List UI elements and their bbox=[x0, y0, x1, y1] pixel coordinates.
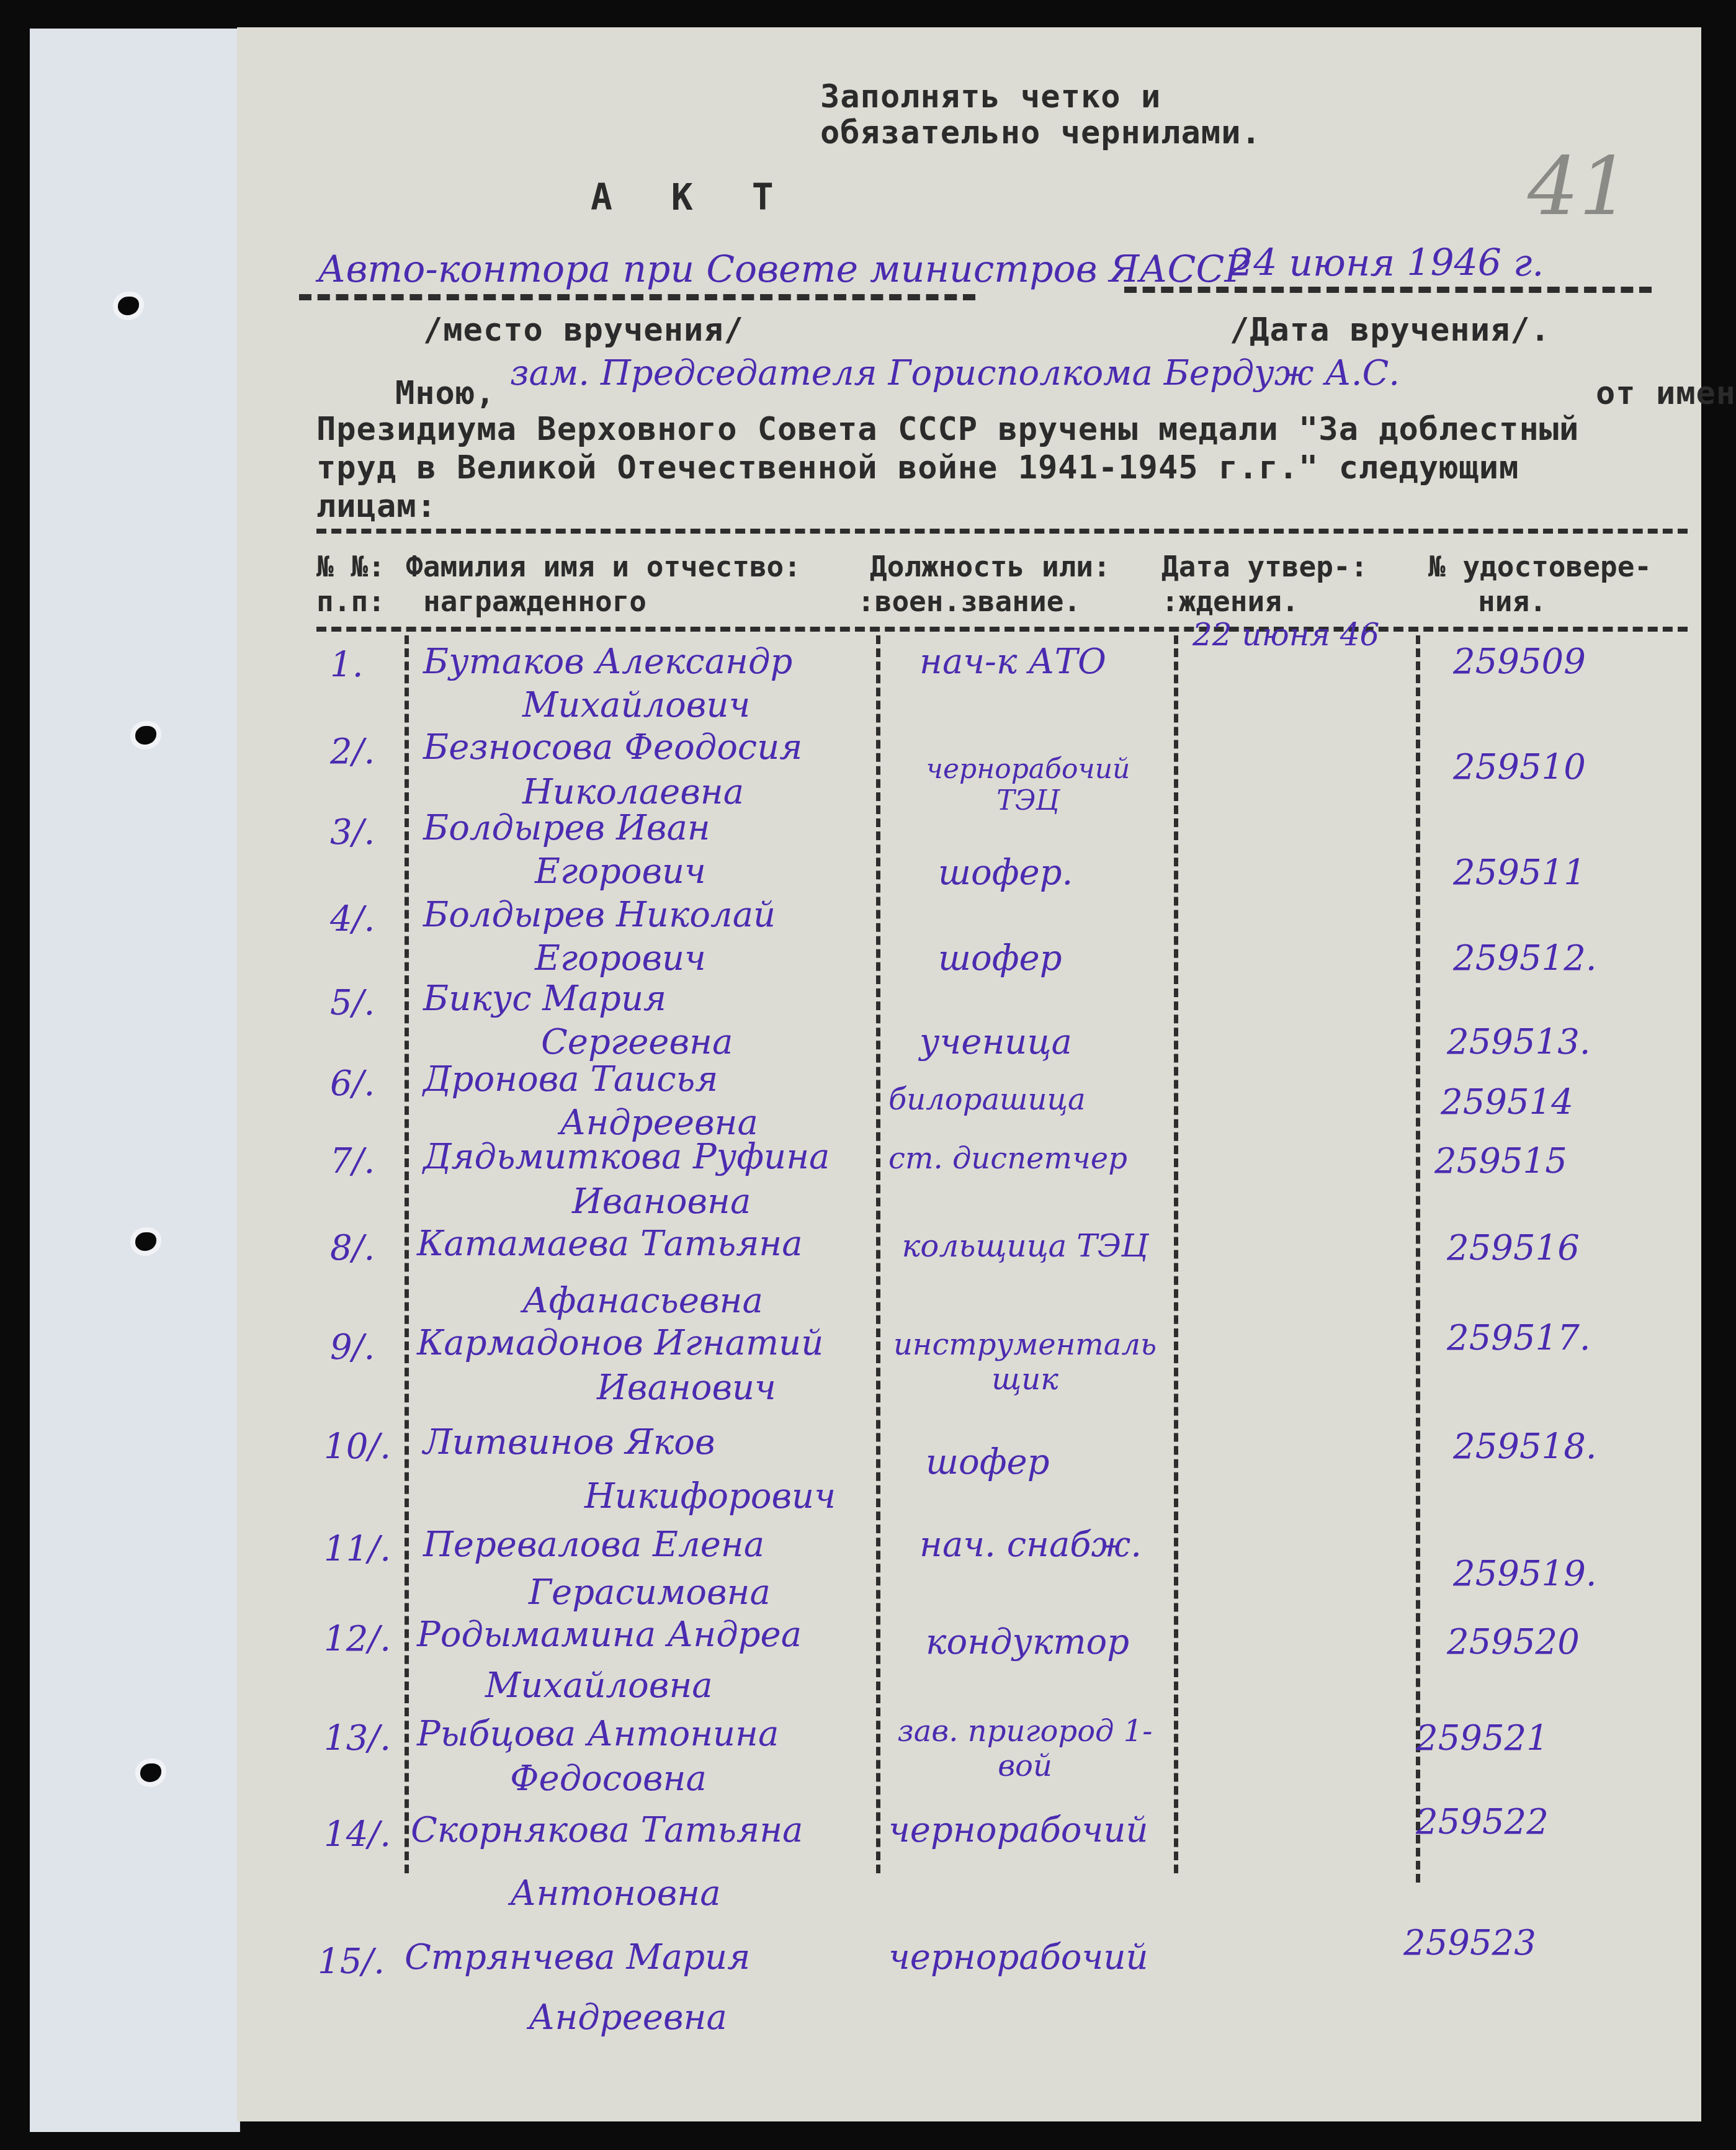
punch-hole bbox=[140, 1763, 161, 1782]
awardee-patronymic: Афанасьевна bbox=[522, 1281, 763, 1321]
awardee-surname-name: Дядьмиткова Руфина bbox=[423, 1137, 830, 1177]
column-separator bbox=[405, 635, 409, 1873]
awardee-surname-name: Болдырев Иван bbox=[423, 808, 710, 848]
awardee-surname-name: Безносова Феодосия bbox=[423, 727, 802, 768]
awardee-patronymic: Иванович bbox=[597, 1368, 776, 1408]
row-number: 10/. bbox=[324, 1427, 391, 1467]
awardee-patronymic: Герасимовна bbox=[529, 1572, 771, 1613]
approval-date: 22 июня 46 bbox=[1192, 617, 1379, 653]
header-name-2: награжденного bbox=[423, 585, 647, 618]
presenter-name: зам. Председателя Горисполкома Бердуж А.… bbox=[510, 353, 1400, 393]
certificate-number: 259515 bbox=[1434, 1141, 1567, 1181]
row-number: 2/. bbox=[330, 732, 375, 772]
column-separator bbox=[876, 635, 880, 1873]
awardee-patronymic: Николаевна bbox=[522, 772, 744, 812]
certificate-number: 259510 bbox=[1453, 747, 1586, 787]
certificate-number: 259513. bbox=[1447, 1022, 1591, 1062]
punch-hole bbox=[135, 726, 156, 745]
awardee-surname-name: Кармадонов Игнатий bbox=[417, 1323, 823, 1363]
award-act-document: Заполнять четко и обязательно чернилами.… bbox=[237, 27, 1701, 2121]
table-header-rule bbox=[316, 627, 1688, 632]
row-number: 12/. bbox=[324, 1619, 391, 1659]
awardee-patronymic: Михайловна bbox=[485, 1665, 713, 1706]
row-number: 6/. bbox=[330, 1064, 375, 1104]
row-number: 13/. bbox=[324, 1718, 391, 1758]
place-value: Авто-контора при Совете министров ЯАССР bbox=[318, 248, 1250, 291]
punch-hole bbox=[135, 1232, 156, 1251]
header-cert-1: № удостовере- bbox=[1428, 550, 1652, 583]
column-separator bbox=[1174, 635, 1178, 1873]
awardee-surname-name: Стрянчева Мария bbox=[405, 1937, 750, 1978]
awardee-position: чернорабочий ТЭЦ bbox=[895, 753, 1161, 817]
awardee-surname-name: Родымамина Андреа bbox=[417, 1615, 802, 1655]
statement-prefix: Мною, bbox=[395, 375, 496, 412]
row-number: 11/. bbox=[324, 1529, 391, 1569]
certificate-number: 259516 bbox=[1447, 1228, 1580, 1268]
certificate-number: 259512. bbox=[1453, 938, 1597, 979]
row-number: 14/. bbox=[324, 1814, 391, 1855]
awardee-patronymic: Никифорович bbox=[584, 1476, 836, 1516]
awardee-patronymic: Федосовна bbox=[510, 1758, 707, 1799]
header-approval-2: :ждения. bbox=[1161, 585, 1299, 618]
awardee-position: кольщица ТЭЦ bbox=[888, 1228, 1161, 1264]
document-title: А К Т bbox=[591, 176, 792, 218]
awardee-patronymic: Егорович bbox=[535, 851, 706, 892]
header-cert-2: ния. bbox=[1478, 585, 1547, 618]
certificate-number: 259522 bbox=[1416, 1802, 1549, 1842]
awardee-surname-name: Катамаева Татьяна bbox=[417, 1224, 803, 1264]
binding-strip bbox=[30, 29, 240, 2132]
awardee-position: нач-к АТО bbox=[919, 642, 1106, 682]
awardee-patronymic: Сергеевна bbox=[541, 1022, 733, 1062]
awardee-patronymic: Ивановна bbox=[572, 1181, 751, 1222]
row-number: 5/. bbox=[330, 983, 375, 1023]
certificate-number: 259511 bbox=[1453, 853, 1586, 893]
date-value: 24 июня 1946 г. bbox=[1230, 241, 1544, 285]
row-number: 7/. bbox=[330, 1141, 375, 1181]
awardee-patronymic: Антоновна bbox=[510, 1873, 721, 1914]
awardee-surname-name: Болдырев Николай bbox=[423, 895, 776, 935]
awardee-position: кондуктор bbox=[926, 1622, 1129, 1662]
awardee-surname-name: Перевалова Елена bbox=[423, 1525, 764, 1565]
punch-hole bbox=[118, 297, 139, 315]
awardee-patronymic: Егорович bbox=[535, 938, 706, 979]
place-underline bbox=[299, 294, 975, 300]
table-top-rule bbox=[316, 529, 1688, 534]
awardee-position: чернорабочий bbox=[888, 1810, 1148, 1850]
awardee-surname-name: Рыбцова Антонина bbox=[417, 1714, 779, 1754]
header-approval-1: Дата утвер-: bbox=[1161, 550, 1367, 583]
header-position-2: :воен.звание. bbox=[857, 585, 1081, 618]
certificate-number: 259520 bbox=[1447, 1622, 1580, 1662]
awardee-position: нач. снабж. bbox=[919, 1525, 1142, 1565]
instruction-line-2: обязательно чернилами. bbox=[820, 114, 1261, 151]
row-number: 1. bbox=[330, 645, 363, 685]
certificate-number: 259521 bbox=[1416, 1718, 1549, 1758]
awardee-position: зав. пригород 1-вой bbox=[895, 1714, 1155, 1783]
awardee-patronymic: Андреевна bbox=[529, 1997, 727, 2038]
awardee-position: ст. диспетчер bbox=[888, 1141, 1127, 1176]
header-name-1: Фамилия имя и отчество: bbox=[406, 550, 801, 583]
awardee-surname-name: Дронова Таисья bbox=[423, 1059, 718, 1100]
awardee-position: инструментальщик bbox=[888, 1327, 1161, 1397]
row-number: 9/. bbox=[330, 1327, 375, 1368]
awardee-position: ученица bbox=[919, 1022, 1072, 1062]
awardee-position: билорашица bbox=[888, 1082, 1086, 1117]
awardee-surname-name: Бутаков Александр bbox=[423, 642, 792, 682]
awardee-position: шофер bbox=[938, 938, 1062, 979]
row-number: 8/. bbox=[330, 1228, 375, 1268]
header-position-1: Должность или: bbox=[870, 550, 1111, 583]
awardee-patronymic: Михайлович bbox=[522, 685, 750, 725]
row-number: 15/. bbox=[318, 1942, 385, 1982]
certificate-number: 259523 bbox=[1403, 1923, 1536, 1963]
certificate-number: 259519. bbox=[1453, 1554, 1597, 1594]
awardee-surname-name: Бикус Мария bbox=[423, 979, 666, 1019]
certificate-number: 259509 bbox=[1453, 642, 1586, 682]
certificate-number: 259518. bbox=[1453, 1427, 1597, 1467]
awardee-position: шофер. bbox=[938, 853, 1073, 893]
instruction-line-1: Заполнять четко и bbox=[820, 78, 1161, 115]
header-num-1: № №: bbox=[316, 550, 385, 583]
row-number: 4/. bbox=[330, 899, 375, 939]
place-label: /место вручения/ bbox=[423, 311, 744, 349]
statement-suffix: от имени bbox=[1596, 375, 1736, 412]
certificate-number: 259517. bbox=[1447, 1318, 1591, 1358]
certificate-number: 259514 bbox=[1441, 1082, 1573, 1122]
statement-line-3: труд в Великой Отечественной войне 1941-… bbox=[316, 449, 1519, 486]
header-num-2: п.п: bbox=[316, 585, 385, 618]
archive-sheet-number: 41 bbox=[1528, 139, 1630, 233]
statement-line-2: Президиума Верховного Совета СССР вручен… bbox=[316, 411, 1579, 448]
awardee-surname-name: Литвинов Яков bbox=[423, 1422, 715, 1462]
awardee-surname-name: Скорнякова Татьяна bbox=[411, 1810, 803, 1850]
awardee-position: чернорабочий bbox=[888, 1937, 1148, 1978]
date-underline bbox=[1124, 287, 1652, 293]
statement-line-4: лицам: bbox=[316, 488, 437, 525]
column-separator bbox=[1416, 635, 1420, 1883]
row-number: 3/. bbox=[330, 812, 375, 853]
date-label: /Дата вручения/. bbox=[1230, 311, 1550, 349]
awardee-position: шофер bbox=[926, 1442, 1050, 1482]
